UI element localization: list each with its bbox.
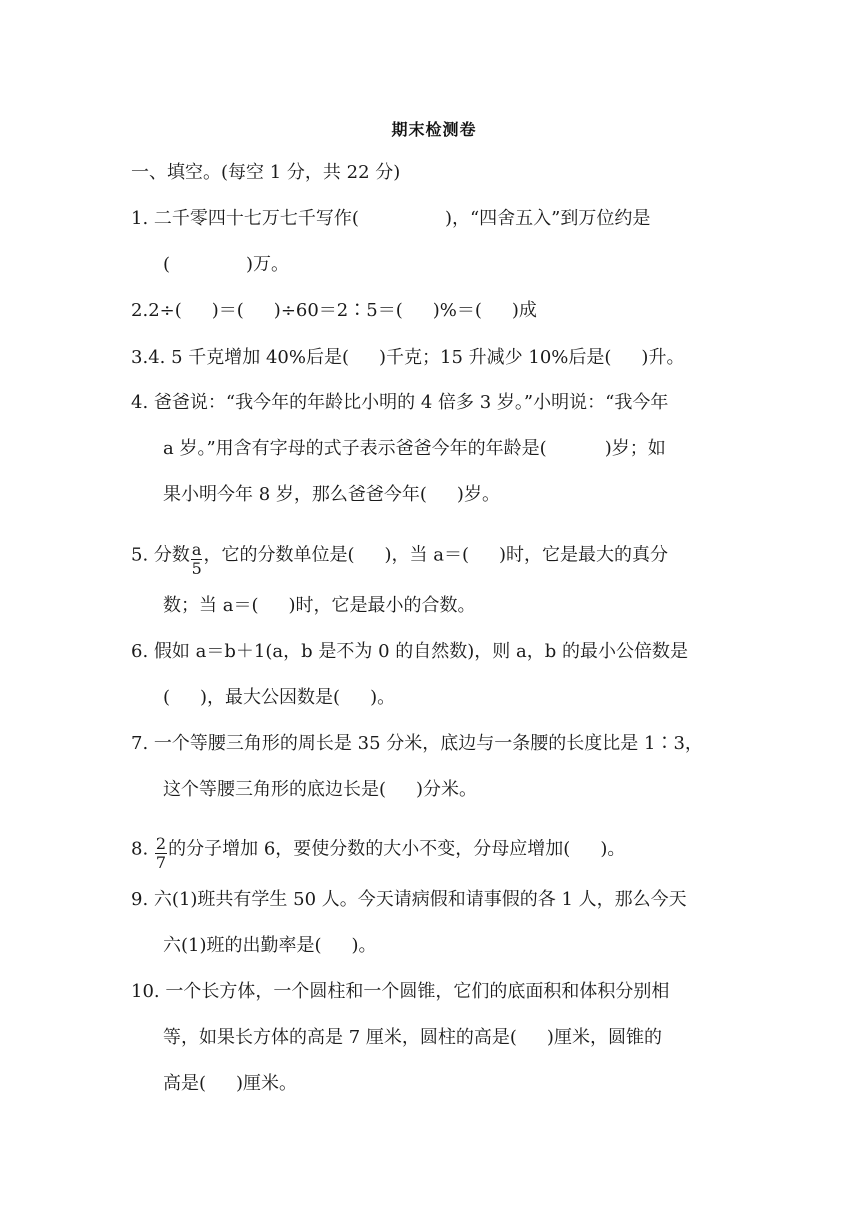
question-4-line-3: 果小明今年 8 岁，那么爸爸今年()岁。 — [163, 483, 500, 507]
question-4-line-1: 4. 爸爸说：“我今年的年龄比小明的 4 倍多 3 岁。”小明说：“我今年 — [131, 391, 668, 415]
question-4-line-2: a 岁。”用含有字母的式子表示爸爸今年的年龄是()岁；如 — [163, 437, 666, 461]
fraction-a-over-5: a5 — [191, 541, 203, 578]
question-number: 10. — [131, 981, 160, 1002]
question-number: 8. — [131, 839, 148, 860]
fraction-2-over-7: 27 — [155, 835, 167, 872]
question-number: 9. — [131, 889, 148, 910]
page-title: 期末检测卷 — [0, 117, 868, 140]
question-number: 6. — [131, 641, 148, 662]
question-1-line-1: 1. 二千零四十七万七千写作()，“四舍五入”到万位约是 — [131, 207, 650, 231]
question-3-line-1: 3.4. 5 千克增加 40%后是()千克；15 升减少 10%后是()升。 — [131, 346, 684, 370]
question-5-line-1: 5. 分数a5，它的分数单位是()，当 a＝()时，它是最大的真分 — [131, 537, 668, 574]
exam-page: 期末检测卷 一、填空。(每空 1 分，共 22 分) 1. 二千零四十七万七千写… — [0, 0, 868, 1227]
section-heading: 一、填空。(每空 1 分，共 22 分) — [131, 161, 400, 185]
question-1-line-2: ()万。 — [163, 253, 289, 277]
question-7-line-2: 这个等腰三角形的底边长是()分米。 — [163, 778, 477, 802]
question-8-line-1: 8. 27的分子增加 6，要使分数的大小不变，分母应增加()。 — [131, 831, 625, 868]
question-9-line-2: 六(1)班的出勤率是()。 — [163, 934, 377, 958]
question-number: 7. — [131, 733, 148, 754]
question-2-line-1: 2.2÷()＝()÷60＝2∶5＝()%＝()成 — [131, 299, 537, 323]
question-6-line-2: ()，最大公因数是()。 — [163, 686, 395, 710]
question-7-line-1: 7. 一个等腰三角形的周长是 35 分米，底边与一条腰的长度比是 1∶3， — [131, 732, 703, 756]
question-6-line-1: 6. 假如 a＝b＋1(a，b 是不为 0 的自然数)，则 a，b 的最小公倍数… — [131, 640, 688, 664]
question-9-line-1: 9. 六(1)班共有学生 50 人。今天请病假和请事假的各 1 人，那么今天 — [131, 888, 687, 912]
question-10-line-2: 等，如果长方体的高是 7 厘米，圆柱的高是()厘米，圆锥的 — [163, 1026, 662, 1050]
question-number: 3. — [131, 347, 148, 368]
question-10-line-1: 10. 一个长方体，一个圆柱和一个圆锥，它们的底面积和体积分别相 — [131, 980, 669, 1004]
question-number: 1. — [131, 208, 148, 229]
question-10-line-3: 高是()厘米。 — [163, 1072, 297, 1096]
question-number: 4. — [131, 392, 148, 413]
question-number: 5. — [131, 545, 148, 566]
question-number: 2. — [131, 300, 148, 321]
question-5-line-2: 数；当 a＝()时，它是最小的合数。 — [163, 594, 476, 618]
